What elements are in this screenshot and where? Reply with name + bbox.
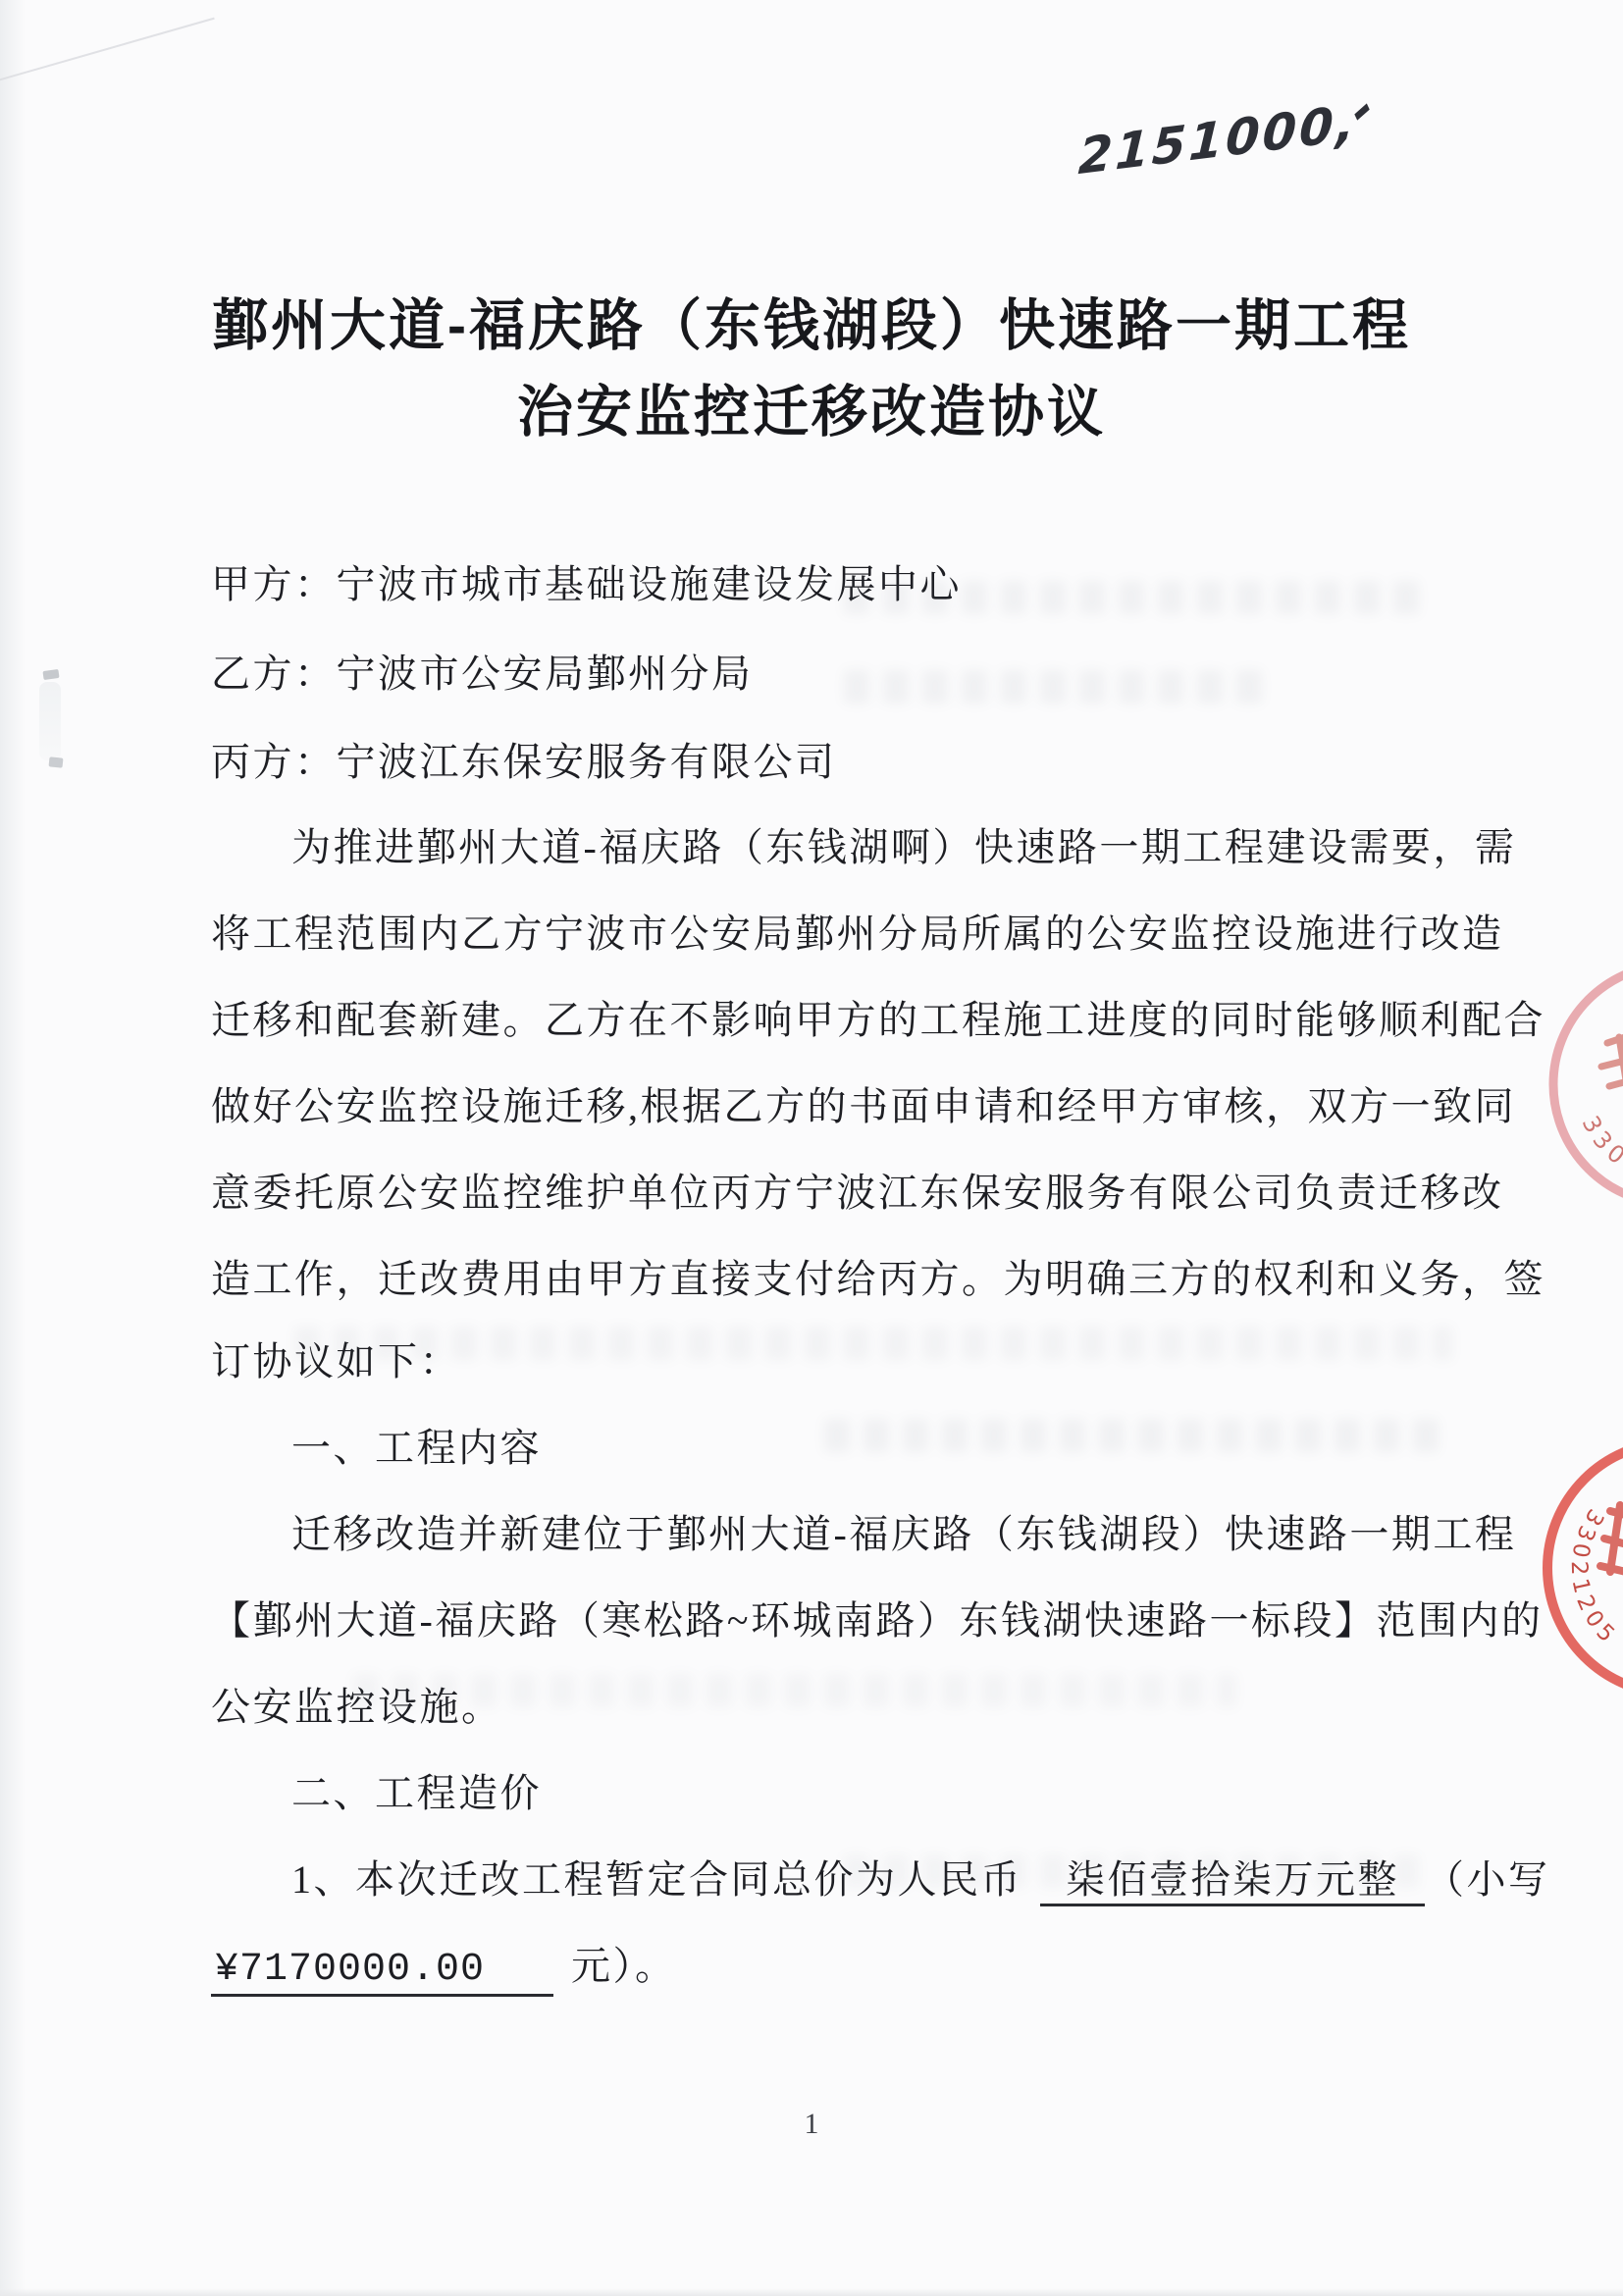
section-1-line: 【鄞州大道-福庆路（寒松路~环城南路）东钱湖快速路一标段】范围内的 — [211, 1593, 1482, 1648]
contract-price-numeric-amount: ¥7170000.00 — [211, 1948, 553, 1997]
preamble-line: 为推进鄞州大道-福庆路（东钱湖啊）快速路一期工程建设需要，需 — [211, 820, 1562, 875]
contract-price-suffix: （小写 — [1425, 1857, 1550, 1902]
preamble-line: 订协议如下： — [211, 1334, 1482, 1389]
scan-bottom-edge-shade — [0, 2288, 1623, 2296]
party-b-label: 乙方： — [211, 652, 337, 696]
section-2-heading: 二、工程造价 — [211, 1766, 1562, 1821]
contract-price-capital-amount: 柒佰壹拾柒万元整 — [1040, 1857, 1425, 1906]
preamble-line: 造工作，迁改费用由甲方直接支付给丙方。为明确三方的权利和义务，签 — [211, 1252, 1482, 1307]
contract-price-prefix: 1、本次迁改工程暂定合同总价为人民币 — [291, 1857, 1022, 1902]
scan-smear-artifact — [39, 682, 61, 760]
staple-mark — [49, 757, 64, 767]
preamble-line: 迁移和配套新建。乙方在不影响甲方的工程施工进度的同时能够顺利配合 — [211, 993, 1482, 1048]
seal-partial-character — [1601, 1031, 1623, 1086]
contract-price-closing: 元）。 — [571, 1944, 677, 1988]
handwritten-amount-note: 2151000,- — [1077, 91, 1383, 186]
party-a-name: 宁波市城市基础设施建设发展中心 — [337, 562, 963, 606]
scan-corner-artifact — [0, 18, 215, 83]
document-title-line-1: 鄞州大道-福庆路（东钱湖段）快速路一期工程 — [0, 281, 1623, 361]
section-2-item-line-2: ¥7170000.00元）。 — [211, 1939, 1482, 1998]
scanned-document-page: 2151000,- 鄞州大道-福庆路（东钱湖段）快速路一期工程 治安监控迁移改造… — [0, 0, 1623, 2296]
party-c-line: 丙方：宁波江东保安服务有限公司 — [211, 735, 1482, 790]
party-c-name: 宁波江东保安服务有限公司 — [337, 740, 837, 784]
section-1-heading: 一、工程内容 — [211, 1421, 1562, 1476]
party-b-name: 宁波市公安局鄞州分局 — [337, 652, 754, 696]
handwritten-amount-digits: 2151000, — [1077, 94, 1359, 186]
party-a-line: 甲方：宁波市城市基础设施建设发展中心 — [211, 557, 1482, 612]
red-seal-stamp-upper: 33020 — [1492, 937, 1623, 1231]
preamble-line: 做好公安监控设施迁移,根据乙方的书面申请和经甲方审核，双方一致同 — [211, 1079, 1482, 1134]
red-seal-stamp-lower: 33021205 — [1487, 1421, 1623, 1715]
party-a-label: 甲方： — [211, 562, 337, 606]
document-title-line-2: 治安监控迁移改造协议 — [0, 367, 1623, 447]
page-number: 1 — [0, 2108, 1623, 2141]
preamble-line: 将工程范围内乙方宁波市公安局鄞州分局所属的公安监控设施进行改造 — [211, 907, 1482, 962]
preamble-line: 意委托原公安监控维护单位丙方宁波江东保安服务有限公司负责迁移改 — [211, 1166, 1482, 1221]
section-1-line: 迁移改造并新建位于鄞州大道-福庆路（东钱湖段）快速路一期工程 — [211, 1507, 1562, 1562]
party-b-line: 乙方：宁波市公安局鄞州分局 — [211, 647, 1482, 702]
section-1-line: 公安监控设施。 — [211, 1680, 1482, 1735]
staple-mark — [42, 669, 59, 680]
section-2-item-line-1: 1、本次迁改工程暂定合同总价为人民币柒佰壹拾柒万元整（小写 — [211, 1852, 1562, 1907]
party-c-label: 丙方： — [211, 740, 337, 784]
